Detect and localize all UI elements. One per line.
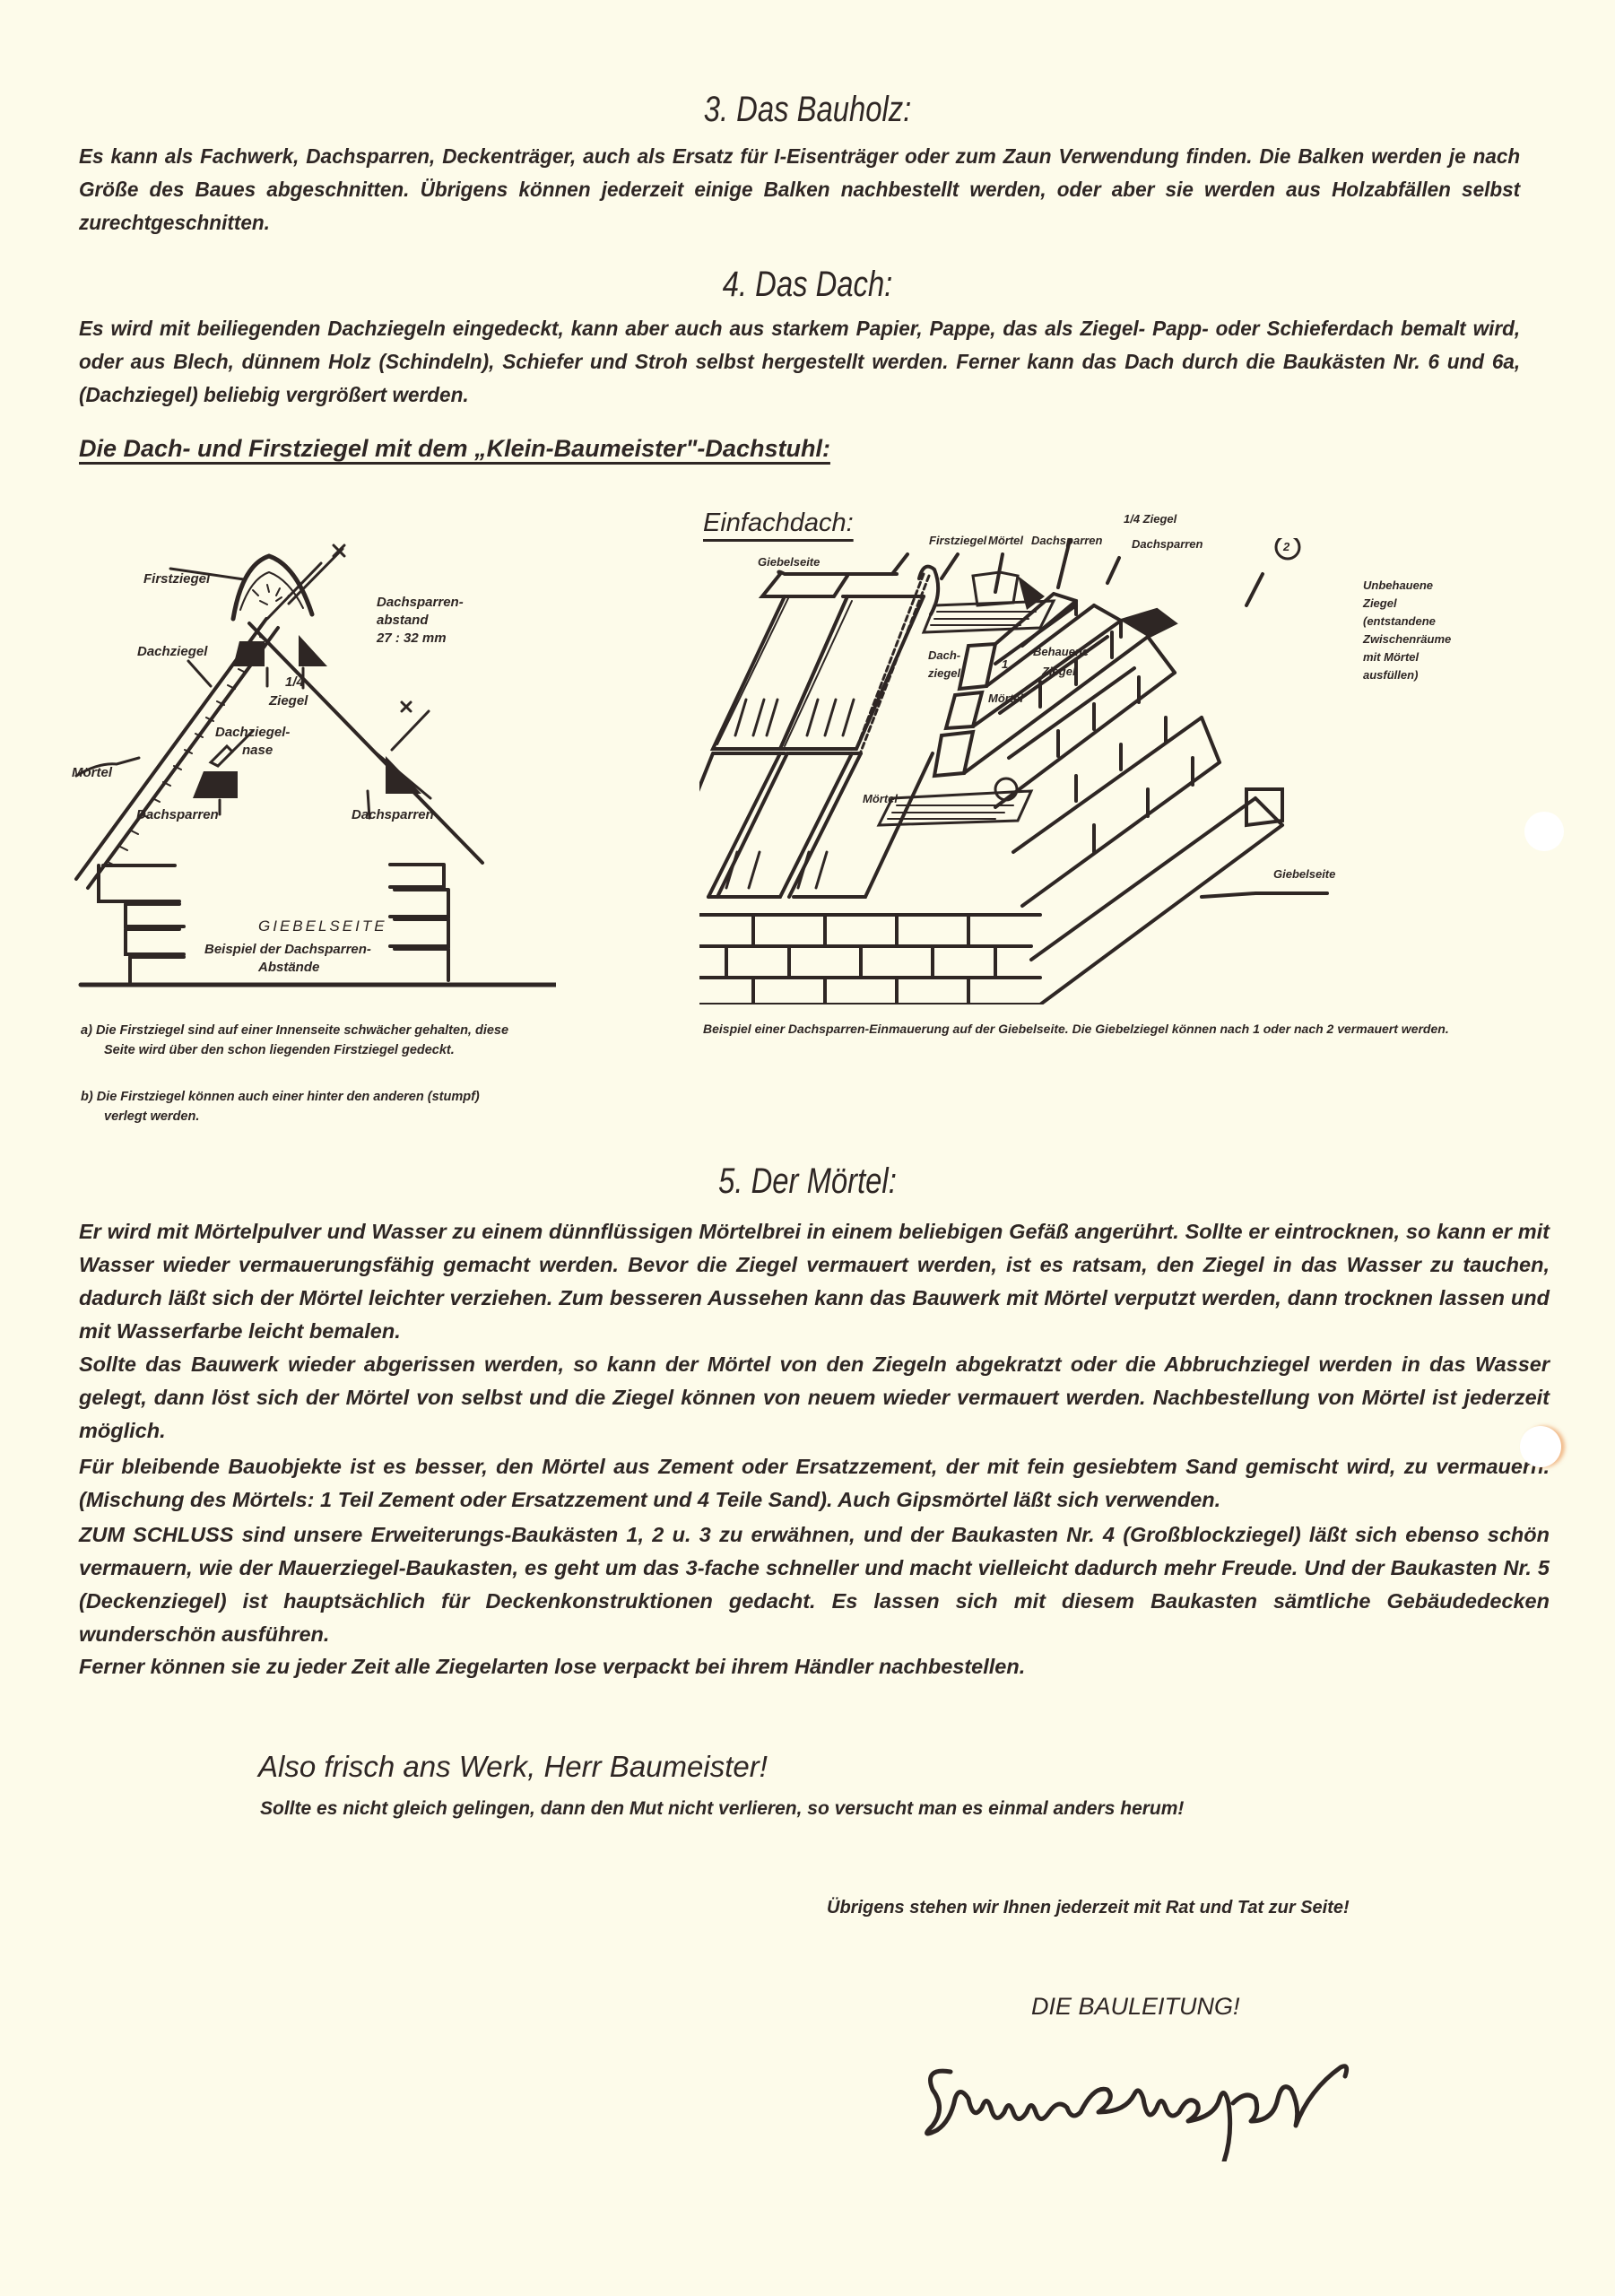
label-moertel-low: Mörtel [863,791,898,807]
section-title-moertel: 5. Der Mörtel: [145,1161,1470,1202]
label-beispiel-2: Abstände [258,960,319,976]
label-unbehauene-6: ausfüllen) [1363,667,1418,683]
label-unbehauene-1: Unbehauene [1363,578,1433,594]
label-dachsparren-right2: Dachsparren [1132,536,1203,552]
note-a-marker: a) [81,1023,92,1038]
label-dachsparren-top: Dachsparren [1031,533,1102,549]
closing-subline: Sollte es nicht gleich gelingen, dann de… [260,1796,1184,1822]
label-giebelseite: GIEBELSEITE [258,918,387,935]
label-moertel-top: Mörtel [988,533,1023,549]
closing-signoff: DIE BAULEITUNG! [1031,1991,1240,2022]
figure-heading: Die Dach- und Firstziegel mit dem „Klein… [79,435,830,463]
label-viertel: 1/4 [285,674,304,691]
note-a-text: Die Firstziegel sind auf einer Innenseit… [96,1023,508,1057]
label-dachsparrenabstand-3: 27 : 32 mm [377,631,447,647]
einfachdach-diagram [699,538,1381,1004]
section-text-dach: Es wird mit beiliegenden Dachziegeln ein… [79,312,1520,412]
moertel-paragraph-5: Ferner können sie zu jeder Zeit alle Zie… [79,1650,1550,1683]
circle-number-2: 2 [1283,539,1289,555]
note-b-text: Die Firstziegel können auch einer hinter… [97,1090,480,1124]
circle-number-1: 1 [1002,657,1008,673]
label-dachziegelnase-1: Dachziegel- [215,725,290,741]
label-giebelseite-top: Giebelseite [758,554,820,570]
label-beispiel-1: Beispiel der Dachsparren- [204,942,371,958]
closing-support: Übrigens stehen wir Ihnen jederzeit mit … [827,1895,1350,1920]
section-text-bauholz: Es kann als Fachwerk, Dachsparren, Decke… [79,140,1520,239]
punch-hole-bottom [1520,1426,1561,1467]
einfachdach-title: Einfachdach: [703,507,854,539]
note-b: b) Die Firstziegel können auch einer hin… [81,1087,525,1126]
punch-hole-top [1524,812,1564,851]
section-title-bauholz: 3. Das Bauholz: [145,90,1470,130]
label-behauene-ziegel: Ziegel [1042,664,1076,680]
label-dachziegel: Dachziegel [137,644,207,660]
closing-headline: Also frisch ans Werk, Herr Baumeister! [258,1749,768,1785]
label-dachziegelnase-2: nase [242,743,273,759]
moertel-paragraph-1: Er wird mit Mörtelpulver und Wasser zu e… [79,1215,1550,1348]
moertel-paragraph-4: ZUM SCHLUSS sind unsere Erweiterungs-Bau… [79,1518,1550,1651]
section-title-dach: 4. Das Dach: [145,265,1470,305]
note-b-marker: b) [81,1090,93,1104]
label-dach: Dach- [928,648,960,664]
label-moertel: Mörtel [72,765,112,781]
moertel-paragraph-2: Sollte das Bauwerk wieder abgerissen wer… [79,1348,1550,1448]
label-dachsparrenabstand-2: abstand [377,613,429,629]
moertel-paragraph-3: Für bleibende Bauobjekte ist es besser, … [79,1450,1550,1517]
label-unbehauene-5: mit Mörtel [1363,649,1419,665]
label-firstziegel-right: Firstziegel [929,533,986,549]
label-giebelseite-bottom: Giebelseite [1273,866,1335,883]
label-dachsparrenabstand-1: Dachsparren- [377,595,464,611]
label-dachsparren-left: Dachsparren [136,807,219,823]
label-moertel-mid: Mörtel [988,691,1023,707]
label-unbehauene-3: (entstandene [1363,613,1436,630]
label-ziegel-right: ziegel [928,665,960,682]
label-dachsparren-right: Dachsparren [352,807,434,823]
label-unbehauene-2: Ziegel [1363,596,1397,612]
label-behauene: Behauene [1033,644,1089,660]
label-unbehauene-4: Zwischenräume [1363,631,1451,648]
note-a: a) Die Firstziegel sind auf einer Innens… [81,1021,525,1060]
einfachdach-caption: Beispiel einer Dachsparren-Einmauerung a… [703,1019,1501,1039]
signature: Sonnemeyer [915,2036,1417,2161]
label-ziegel: Ziegel [269,693,308,709]
label-viertel-ziegel: 1/4 Ziegel [1124,511,1177,527]
label-firstziegel: Firstziegel [143,571,210,587]
